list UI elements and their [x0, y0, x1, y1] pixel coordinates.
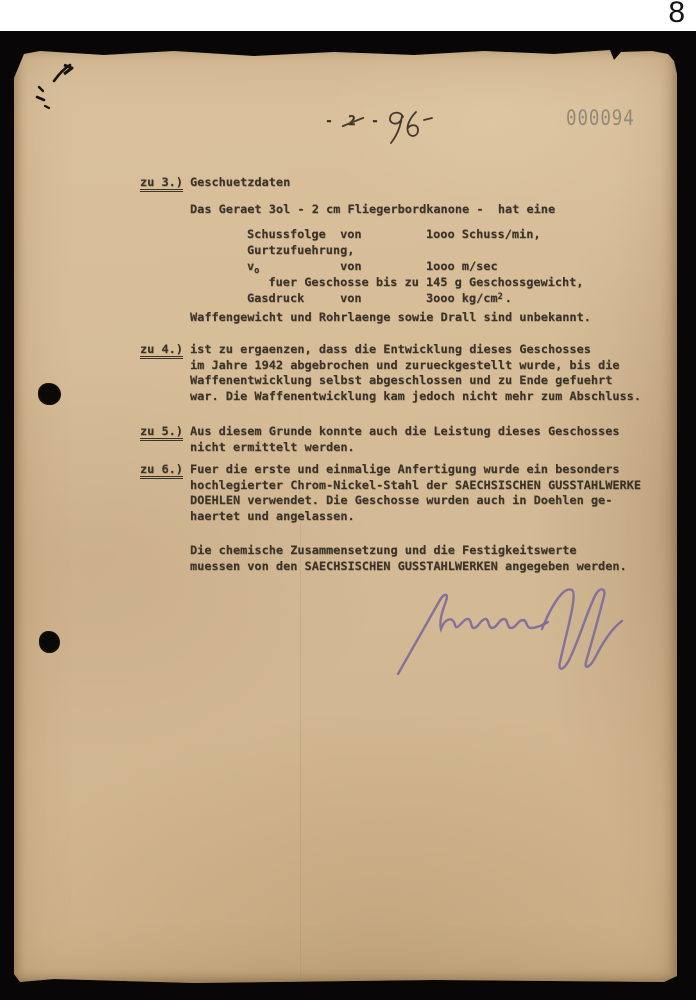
text-line: Waffenentwicklung selbst abgeschlossen u… [190, 373, 641, 389]
spec-segment: . [505, 291, 512, 305]
text-line: nicht ermittelt werden. [190, 440, 620, 456]
spec-line: fuer Geschosse bis zu 145 g Geschossgewi… [247, 274, 583, 290]
spec-segment: Gasdruck von 3ooo kg/cm [247, 291, 498, 305]
section-text: Fuer die erste und einmalige Anfertigung… [190, 462, 641, 524]
spec-segment: v [247, 259, 254, 273]
section-zu-5: zu 5.) Aus diesem Grunde konnte auch die… [140, 424, 620, 455]
section-text: Aus diesem Grunde konnte auch die Leistu… [190, 424, 620, 455]
archive-stamp-number: 000094 [566, 106, 635, 131]
typed-dash: - [371, 114, 379, 129]
section-zu-4: zu 4.) ist zu ergaenzen, dass die Entwic… [140, 342, 641, 404]
text-line: haertet und angelassen. [190, 509, 641, 525]
fold-crease [300, 378, 301, 978]
document-page: - 2 - 000094 zu 3.) Geschuetzdaten Das G… [14, 48, 677, 983]
gun-spec-table: Schussfolge von 1ooo Schuss/min,Gurtzufu… [247, 226, 583, 306]
section-label: zu 4.) [140, 342, 183, 359]
text-line: ist zu ergaenzen, dass die Entwicklung d… [190, 342, 641, 358]
text-line: war. Die Waffenentwicklung kam jedoch ni… [190, 389, 641, 405]
page-number: 8 [668, 0, 685, 30]
struck-page-number: 2 [348, 114, 356, 129]
script-sup: 2 [498, 289, 505, 305]
closing-paragraph: Die chemische Zusammensetzung und die Fe… [190, 543, 627, 574]
signature [392, 584, 642, 676]
ink-marks [24, 56, 94, 116]
note-line: Waffengewicht und Rohrlaenge sowie Drall… [190, 310, 591, 326]
section-label: zu 3.) [140, 175, 183, 192]
text-line: Die chemische Zusammensetzung und die Fe… [190, 543, 627, 559]
text-line: Aus diesem Grunde konnte auch die Leistu… [190, 424, 620, 440]
text-line: hochlegierter Chrom-Nickel-Stahl der SAE… [190, 478, 641, 494]
text-line: muessen von den SAECHSISCHEN GUSSTAHLWER… [190, 559, 627, 575]
punch-hole [38, 383, 61, 405]
intro-line: Das Geraet 3ol - 2 cm Fliegerbordkanone … [190, 202, 555, 218]
punch-hole [39, 631, 60, 653]
text-line: im Jahre 1942 abgebrochen und zurueckges… [190, 358, 641, 374]
page-header-number: - 2 - [308, 110, 458, 152]
section-zu-6: zu 6.) Fuer die erste und einmalige Anfe… [140, 462, 641, 524]
section-text: ist zu ergaenzen, dass die Entwicklung d… [190, 342, 641, 404]
section-title: Geschuetzdaten [190, 175, 290, 189]
spec-line: Gurtzufuehrung, [247, 242, 583, 258]
handwritten-page-number [384, 108, 440, 150]
section-label: zu 5.) [140, 424, 183, 441]
spec-line: vo von 1ooo m/sec [247, 258, 583, 274]
spec-line: Gasdruck von 3ooo kg/cm2. [247, 290, 583, 306]
script-sub: o [254, 263, 261, 279]
top-strip: 8 [0, 0, 696, 31]
typed-dash: - [325, 114, 333, 129]
scanned-document-viewer: { "page_number": "8", "stamp_number": "0… [0, 0, 696, 1000]
spec-segment: von 1ooo m/sec [261, 259, 497, 273]
text-line: Fuer die erste und einmalige Anfertigung… [190, 462, 641, 478]
text-line: DOEHLEN verwendet. Die Geschosse wurden … [190, 493, 641, 509]
spec-line: Schussfolge von 1ooo Schuss/min, [247, 226, 583, 242]
section-label: zu 6.) [140, 462, 183, 479]
